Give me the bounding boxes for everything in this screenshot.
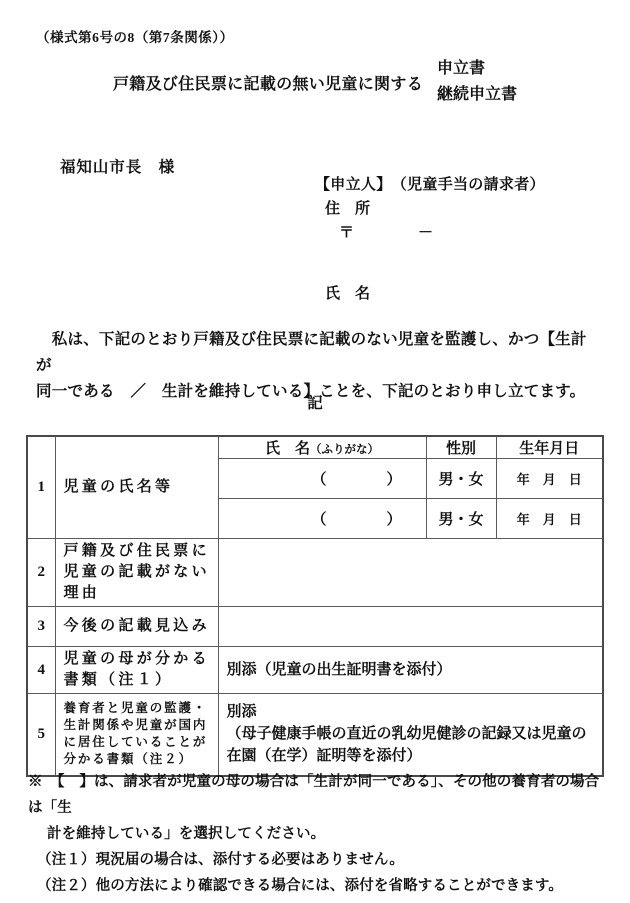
row3-value-blank xyxy=(218,607,603,647)
section-marker-ki: 記 xyxy=(0,391,630,413)
row5-label: 養育者と児童の監護・生計関係や児童が国内に居住していることが分かる書類（注２） xyxy=(55,694,218,776)
postal-code-line: 〒－ xyxy=(339,223,545,244)
child1-sex-choice: 男・女 xyxy=(426,459,496,499)
row5-value-line-2: （母子健康手帳の直近の乳幼児健診の記録又は児童の在園（在学）証明等を添付） xyxy=(227,723,597,767)
document-title: 戸籍及び住民票に記載の無い児童に関する 申立書 継続申立書 xyxy=(0,56,630,108)
row1-label: 児童の氏名等 xyxy=(55,436,218,539)
footnote-asterisk-line-1: ※ 【 】は、請求者が児童の母の場合は「生計が同一である」、その他の養育者の場合… xyxy=(28,769,608,821)
table-row-5: 5 養育者と児童の監護・生計関係や児童が国内に居住していることが分かる書類（注２… xyxy=(27,694,603,776)
document-title-variants: 申立書 継続申立書 xyxy=(437,56,517,108)
applicant-block: 【申立人】 （児童手当の請求者） 住 所 〒－ 氏 名 xyxy=(315,175,545,305)
title-variant-petition: 申立書 xyxy=(437,56,517,82)
row3-number: 3 xyxy=(27,607,55,647)
row2-label: 戸籍及び住民票に児童の記載がない理由 xyxy=(55,539,218,607)
row5-value: 別添 （母子健康手帳の直近の乳幼児健診の記録又は児童の在園（在学）証明等を添付） xyxy=(218,694,603,776)
footnote-asterisk-line-2: 計を維持している」を選択してください。 xyxy=(28,821,608,847)
document-title-main: 戸籍及び住民票に記載の無い児童に関する xyxy=(113,71,423,94)
footnote-note-1: （注１）現況届の場合は、添付する必要はありません。 xyxy=(28,847,608,873)
row2-number: 2 xyxy=(27,539,55,607)
row5-value-line-1: 別添 xyxy=(227,701,597,723)
row4-label: 児童の母が分かる書類（注１） xyxy=(55,647,218,694)
postal-mark-icon: 〒 xyxy=(339,225,354,241)
form-style-code: （様式第6号の8（第7条関係）） xyxy=(36,26,234,46)
footnote-note-2: （注２）他の方法により確認できる場合には、添付を省略することができます。 xyxy=(28,873,608,899)
row1-number: 1 xyxy=(27,436,55,539)
row2-value-blank xyxy=(218,539,603,607)
table-row-4: 4 児童の母が分かる書類（注１） 別添（児童の出生証明書を添付） xyxy=(27,647,603,694)
row5-number: 5 xyxy=(27,694,55,776)
table-row-2: 2 戸籍及び住民票に児童の記載がない理由 xyxy=(27,539,603,607)
sex-column-header: 性別 xyxy=(426,436,496,459)
row3-label: 今後の記載見込み xyxy=(55,607,218,647)
petition-form-document: （様式第6号の8（第7条関係）） 戸籍及び住民票に記載の無い児童に関する 申立書… xyxy=(0,0,630,903)
child2-sex-choice: 男・女 xyxy=(426,499,496,539)
child1-name-blank: （ ） xyxy=(218,459,426,499)
postal-separator: － xyxy=(418,225,433,241)
name-header-text: 氏 名 xyxy=(265,441,310,457)
row4-value: 別添（児童の出生証明書を添付） xyxy=(218,647,603,694)
dob-column-header: 生年月日 xyxy=(496,436,603,459)
title-variant-continuation: 継続申立書 xyxy=(437,82,517,108)
declaration-line-1: 私は、下記のとおり戸籍及び住民票に記載のない児童を監護し、かつ【生計が xyxy=(36,327,600,379)
child2-name-blank: （ ） xyxy=(218,499,426,539)
child1-dob-blank: 年 月 日 xyxy=(496,459,603,499)
name-column-header: 氏 名（ふりがな） xyxy=(218,436,426,459)
addressee-mayor: 福知山市長 様 xyxy=(60,155,175,177)
furigana-header-text: （ふりがな） xyxy=(310,444,379,456)
table-row-1-header: 1 児童の氏名等 氏 名（ふりがな） 性別 生年月日 xyxy=(27,436,603,459)
footnotes-block: ※ 【 】は、請求者が児童の母の場合は「生計が同一である」、その他の養育者の場合… xyxy=(28,769,608,899)
child2-dob-blank: 年 月 日 xyxy=(496,499,603,539)
petition-detail-table: 1 児童の氏名等 氏 名（ふりがな） 性別 生年月日 （ ） 男・女 年 月 日… xyxy=(26,435,604,777)
table-row-3: 3 今後の記載見込み xyxy=(27,607,603,647)
applicant-heading: 【申立人】 （児童手当の請求者） xyxy=(315,175,545,196)
name-label: 氏 名 xyxy=(325,284,545,305)
row4-number: 4 xyxy=(27,647,55,694)
address-label: 住 所 xyxy=(325,199,545,220)
